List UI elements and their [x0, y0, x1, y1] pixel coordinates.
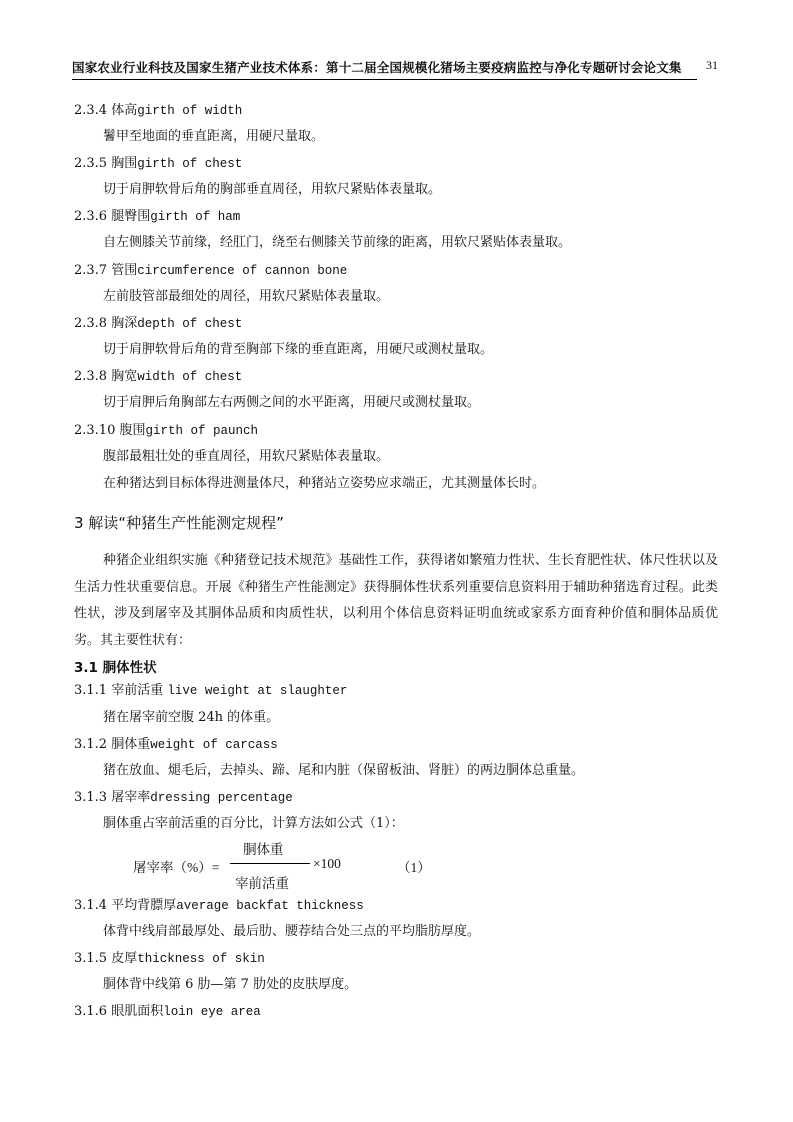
item-heading: 3.1.6 眼肌面积loin eye area [74, 1004, 261, 1020]
item-heading: 2.3.6 腿臀围girth of ham [74, 209, 240, 225]
item-heading: 3.1.3 屠宰率dressing percentage [74, 790, 293, 806]
item-heading: 2.3.4 体高girth of width [74, 103, 242, 119]
item-heading: 2.3.10 腹围girth of paunch [74, 423, 258, 439]
item-description: 胴体重占宰前活重的百分比，计算方法如公式（1）： [103, 816, 404, 832]
item-description: 切于肩胛软骨后角的胸部垂直周径，用软尺紧贴体表量取。 [103, 182, 441, 198]
page-number: 31 [706, 58, 718, 73]
header-title: 国家农业行业科技及国家生猪产业技术体系：第十二届全国规模化猪场主要疫病监控与净化… [72, 58, 697, 76]
formula-denominator: 宰前活重 [235, 872, 289, 892]
item-heading: 3.1.4 平均背膘厚average backfat thickness [74, 898, 364, 914]
item-heading: 3.1.2 胴体重weight of carcass [74, 737, 278, 753]
fraction-bar [230, 863, 310, 864]
formula-lhs: 屠宰率（%）= [133, 856, 219, 876]
item-description: 猪在屠宰前空腹 24h 的体重。 [103, 710, 279, 726]
item-description: 体背中线肩部最厚处、最后肋、腰荐结合处三点的平均脂肪厚度。 [103, 924, 480, 940]
item-heading: 2.3.7 管围circumference of cannon bone [74, 263, 347, 279]
measurement-note: 在种猪达到目标体得进测量体尺，种猪站立姿势应求端正，尤其测量体长时。 [103, 476, 545, 492]
item-heading: 2.3.8 胸宽width of chest [74, 369, 242, 385]
item-heading: 2.3.8 胸深depth of chest [74, 316, 242, 332]
dressing-percentage-formula: 屠宰率（%）= 胴体重 宰前活重 ×100 （1） [133, 838, 433, 894]
item-description: 猪在放血、煺毛后，去掉头、蹄、尾和内脏（保留板油、肾脏）的两边胴体总重量。 [103, 763, 584, 779]
item-description: 左前肢管部最细处的周径，用软尺紧贴体表量取。 [103, 289, 389, 305]
item-description: 胴体背中线第 6 肋—第 7 肋处的皮肤厚度。 [103, 977, 357, 993]
item-heading: 2.3.5 胸围girth of chest [74, 156, 242, 172]
header-rule [72, 79, 697, 80]
formula-numerator: 胴体重 [243, 838, 284, 858]
section-3-title: 3 解读“种猪生产性能测定规程” [74, 512, 284, 533]
item-description: 鬐甲至地面的垂直距离，用硬尺量取。 [103, 129, 324, 145]
equation-number: （1） [397, 856, 431, 876]
item-description: 切于肩胛后角胸部左右两侧之间的水平距离，用硬尺或测杖量取。 [103, 395, 480, 411]
formula-multiplier: ×100 [313, 856, 341, 872]
section-3-paragraph: 种猪企业组织实施《种猪登记技术规范》基础性工作，获得诸如繁殖力性状、生长育肥性状… [74, 548, 718, 654]
section-3-1-title: 3.1 胴体性状 [74, 656, 157, 676]
item-description: 腹部最粗壮处的垂直周径，用软尺紧贴体表量取。 [103, 449, 389, 465]
item-heading: 3.1.1 宰前活重 live weight at slaughter [74, 683, 347, 699]
item-description: 切于肩胛软骨后角的背至胸部下缘的垂直距离，用硬尺或测杖量取。 [103, 342, 493, 358]
item-description: 自左侧膝关节前缘，经肛门，绕至右侧膝关节前缘的距离，用软尺紧贴体表量取。 [103, 235, 571, 251]
item-heading: 3.1.5 皮厚thickness of skin [74, 951, 265, 967]
